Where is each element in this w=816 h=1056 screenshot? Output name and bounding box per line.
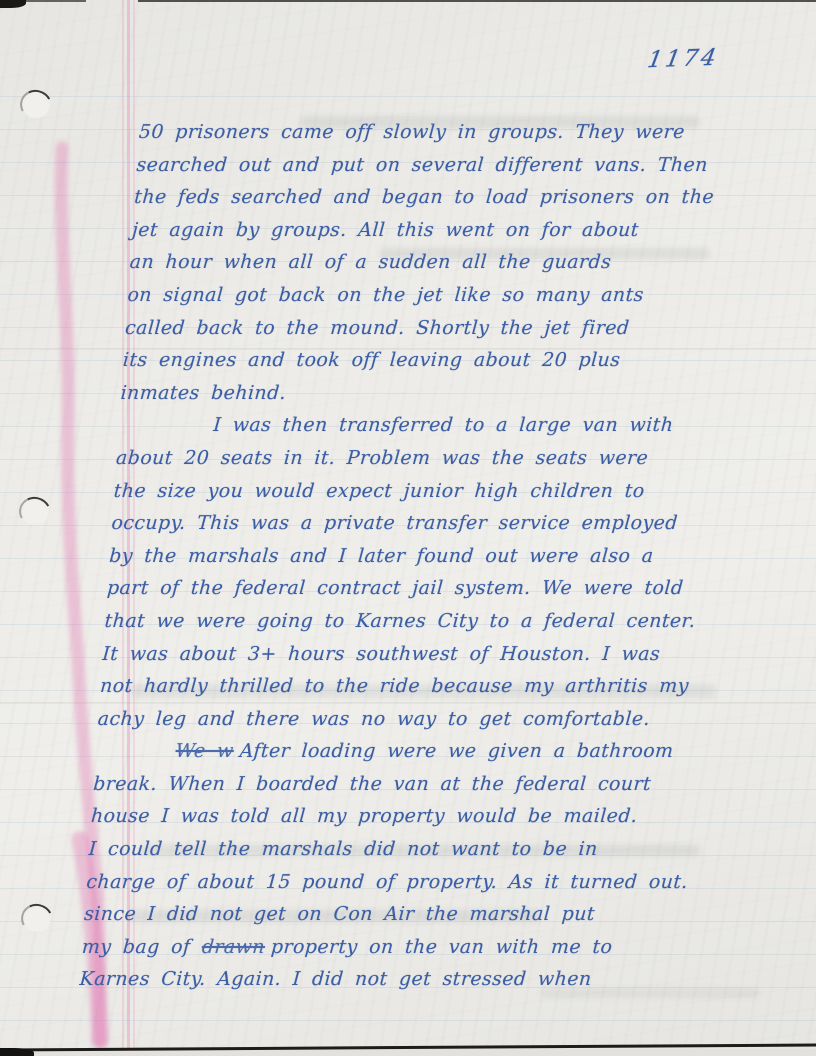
handwriting-text: its engines and took off leaving about 2…: [122, 349, 621, 371]
handwriting-line: since I did not get on Con Air the marsh…: [83, 898, 685, 931]
handwriting-line: 50 prisoners came off slowly in groups. …: [138, 116, 740, 149]
handwriting-line: house I was told all my property would b…: [90, 800, 692, 833]
struck-out-word: We w: [175, 740, 235, 762]
handwriting-text: since I did not get on Con Air the marsh…: [83, 903, 595, 925]
hole-punch: [21, 499, 49, 525]
scan-edge-top: [138, 0, 816, 2]
handwriting-line: achy leg and there was no way to get com…: [97, 703, 699, 736]
handwriting-line: an hour when all of a sudden all the gua…: [129, 246, 731, 279]
scanned-page: 1174 50 prisoners came off slowly in gro…: [0, 0, 816, 1056]
handwriting-line: inmates behind.: [119, 377, 721, 410]
handwriting-text: charge of about 15 pound of property. As…: [86, 871, 689, 893]
handwriting-text: inmates behind.: [120, 382, 287, 404]
handwriting-text: 50 prisoners came off slowly in groups. …: [138, 121, 685, 143]
hole-punch: [23, 906, 51, 932]
handwriting-line: the feds searched and began to load pris…: [133, 181, 735, 214]
handwriting-line: part of the federal contract jail system…: [106, 572, 708, 605]
handwriting-line: occupy. This was a private transfer serv…: [110, 507, 712, 540]
hole-punch: [22, 92, 50, 118]
handwriting-line: its engines and took off leaving about 2…: [122, 344, 724, 377]
handwriting-text: It was about 3+ hours southwest of Houst…: [102, 643, 661, 665]
handwriting-line: charge of about 15 pound of property. As…: [85, 866, 687, 899]
handwriting-text: about 20 seats in it. Problem was the se…: [115, 447, 649, 469]
handwriting-text: jet again by groups. All this went on fo…: [131, 219, 639, 241]
handwriting-text: not hardly thrilled to the ride because …: [99, 675, 689, 697]
handwriting-line: jet again by groups. All this went on fo…: [131, 214, 733, 247]
handwriting-text: achy leg and there was no way to get com…: [97, 708, 651, 730]
handwriting-line: called back to the mound. Shortly the je…: [124, 312, 726, 345]
handwriting-line: by the marshals and I later found out we…: [108, 540, 710, 573]
handwriting-text: an hour when all of a sudden all the gua…: [129, 251, 612, 273]
handwriting-line: searched out and put on several differen…: [135, 149, 737, 182]
handwriting-text: the size you would expect junior high ch…: [113, 480, 645, 502]
handwriting-line: It was about 3+ hours southwest of Houst…: [101, 638, 703, 671]
handwriting-text: part of the federal contract jail system…: [106, 577, 684, 599]
scan-corner-mark: [0, 1048, 34, 1056]
handwriting-line: We wAfter loading were we given a bathro…: [94, 735, 696, 768]
handwriting-line: on signal got back on the jet like so ma…: [126, 279, 728, 312]
handwriting-text: the feds searched and began to load pris…: [134, 186, 715, 208]
handwriting-text: by the marshals and I later found out we…: [108, 545, 654, 567]
handwriting-text: that we were going to Karnes City to a f…: [104, 610, 696, 632]
handwriting-text: break. When I boarded the van at the fed…: [93, 773, 652, 795]
handwriting-line: I was then transferred to a large van wi…: [117, 409, 719, 442]
handwriting-text: my bag of: [81, 936, 203, 958]
handwriting-line: not hardly thrilled to the ride because …: [99, 670, 701, 703]
handwriting-text: called back to the mound. Shortly the je…: [124, 317, 630, 339]
handwriting-text: house I was told all my property would b…: [90, 805, 638, 827]
handwriting-text: occupy. This was a private transfer serv…: [111, 512, 679, 534]
handwriting-line: my bag of drawnproperty on the van with …: [81, 931, 683, 964]
handwriting-line: Karnes City. Again. I did not get stress…: [78, 963, 680, 996]
handwriting-text: After loading were we given a bathroom: [239, 740, 674, 762]
page-number: 1174: [645, 45, 721, 73]
handwriting-line: the size you would expect junior high ch…: [113, 475, 715, 508]
handwriting-text: searched out and put on several differen…: [136, 154, 709, 176]
handwriting-text: I was then transferred to a large van wi…: [213, 414, 675, 436]
handwriting-line: break. When I boarded the van at the fed…: [92, 768, 694, 801]
handwriting-line: that we were going to Karnes City to a f…: [104, 605, 706, 638]
handwriting-text: I could tell the marshals did not want t…: [88, 838, 598, 860]
handwriting-text: Karnes City. Again. I did not get stress…: [79, 968, 592, 990]
handwriting-line: I could tell the marshals did not want t…: [88, 833, 690, 866]
struck-out-word: drawn: [201, 936, 266, 958]
handwriting-text: on signal got back on the jet like so ma…: [127, 284, 645, 306]
handwriting-line: about 20 seats in it. Problem was the se…: [115, 442, 717, 475]
handwriting-text: property on the van with me to: [270, 936, 613, 958]
handwriting: 50 prisoners came off slowly in groups. …: [78, 116, 740, 996]
